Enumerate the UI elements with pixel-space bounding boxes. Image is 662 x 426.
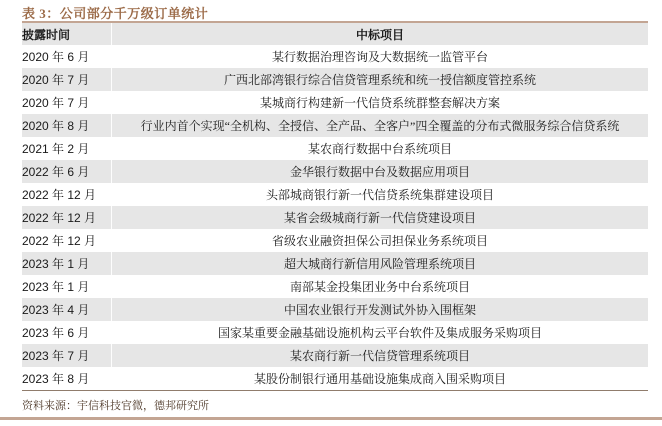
project-name: 某城商行构建新一代信贷系统群整套解决方案 [112, 94, 648, 111]
table-row: 2022 年 12 月 省级农业融资担保公司担保业务系统项目 [22, 229, 648, 252]
project-name: 某农商行数据中台系统项目 [112, 140, 648, 157]
disclosure-date: 2020 年 6 月 [22, 45, 112, 68]
table-row: 2023 年 4 月 中国农业银行开发测试外协入围框架 [22, 298, 648, 321]
disclosure-date: 2023 年 7 月 [22, 344, 112, 367]
project-name: 中国农业银行开发测试外协入围框架 [112, 301, 648, 318]
disclosure-date: 2023 年 8 月 [22, 367, 112, 390]
disclosure-date: 2023 年 6 月 [22, 321, 112, 344]
disclosure-date: 2020 年 7 月 [22, 68, 112, 91]
project-name: 行业内首个实现“全机构、全授信、全产品、全客户”四全覆盖的分布式微服务综合信贷系… [112, 117, 648, 134]
report-table-page: 表 3：公司部分千万级订单统计 披露时间 中标项目 2020 年 6 月 某行数… [0, 0, 662, 426]
orders-table: 披露时间 中标项目 2020 年 6 月 某行数据治理咨询及大数据统一监管平台 … [22, 23, 648, 391]
table-row: 2022 年 12 月 某省会级城商行新一代信贷建设项目 [22, 206, 648, 229]
project-name: 某农商行新一代信贷管理系统项目 [112, 347, 648, 364]
project-name: 头部城商银行新一代信贷系统集群建设项目 [112, 186, 648, 203]
table-header-row: 披露时间 中标项目 [22, 23, 648, 45]
disclosure-date: 2021 年 2 月 [22, 137, 112, 160]
project-name: 某省会级城商行新一代信贷建设项目 [112, 209, 648, 226]
source-note: 资料来源：宇信科技官微，德邦研究所 [22, 397, 209, 413]
table-row: 2021 年 2 月 某农商行数据中台系统项目 [22, 137, 648, 160]
project-name: 超大城商行新信用风险管理系统项目 [112, 255, 648, 272]
disclosure-date: 2022 年 12 月 [22, 206, 112, 229]
table-row: 2023 年 1 月 超大城商行新信用风险管理系统项目 [22, 252, 648, 275]
disclosure-date: 2022 年 6 月 [22, 160, 112, 183]
table-row: 2020 年 8 月 行业内首个实现“全机构、全授信、全产品、全客户”四全覆盖的… [22, 114, 648, 137]
project-name: 金华银行数据中台及数据应用项目 [112, 163, 648, 180]
table-row: 2020 年 7 月 广西北部湾银行综合信贷管理系统和统一授信额度管控系统 [22, 68, 648, 91]
project-name: 国家某重要金融基础设施机构云平台软件及集成服务采购项目 [112, 324, 648, 341]
disclosure-date: 2020 年 8 月 [22, 114, 112, 137]
project-name: 省级农业融资担保公司担保业务系统项目 [112, 232, 648, 249]
header-disclosure-time: 披露时间 [22, 23, 112, 45]
table-row: 2020 年 6 月 某行数据治理咨询及大数据统一监管平台 [22, 45, 648, 68]
disclosure-date: 2023 年 1 月 [22, 252, 112, 275]
disclosure-date: 2023 年 4 月 [22, 298, 112, 321]
project-name: 某股份制银行通用基础设施集成商入围采购项目 [112, 370, 648, 387]
project-name: 某行数据治理咨询及大数据统一监管平台 [112, 48, 648, 65]
disclosure-date: 2022 年 12 月 [22, 229, 112, 252]
table-row: 2023 年 6 月 国家某重要金融基础设施机构云平台软件及集成服务采购项目 [22, 321, 648, 344]
disclosure-date: 2023 年 1 月 [22, 275, 112, 298]
disclosure-date: 2020 年 7 月 [22, 91, 112, 114]
header-winning-project: 中标项目 [112, 26, 648, 43]
project-name: 广西北部湾银行综合信贷管理系统和统一授信额度管控系统 [112, 71, 648, 88]
table-row: 2022 年 6 月 金华银行数据中台及数据应用项目 [22, 160, 648, 183]
table-row: 2023 年 7 月 某农商行新一代信贷管理系统项目 [22, 344, 648, 367]
page-bottom-rule [0, 417, 662, 420]
table-row: 2023 年 1 月 南部某金投集团业务中台系统项目 [22, 275, 648, 298]
project-name: 南部某金投集团业务中台系统项目 [112, 278, 648, 295]
table-body: 2020 年 6 月 某行数据治理咨询及大数据统一监管平台 2020 年 7 月… [22, 45, 648, 391]
table-row: 2023 年 8 月 某股份制银行通用基础设施集成商入围采购项目 [22, 367, 648, 390]
table-row: 2020 年 7 月 某城商行构建新一代信贷系统群整套解决方案 [22, 91, 648, 114]
table-row: 2022 年 12 月 头部城商银行新一代信贷系统集群建设项目 [22, 183, 648, 206]
disclosure-date: 2022 年 12 月 [22, 183, 112, 206]
table-title: 表 3：公司部分千万级订单统计 [22, 3, 208, 22]
